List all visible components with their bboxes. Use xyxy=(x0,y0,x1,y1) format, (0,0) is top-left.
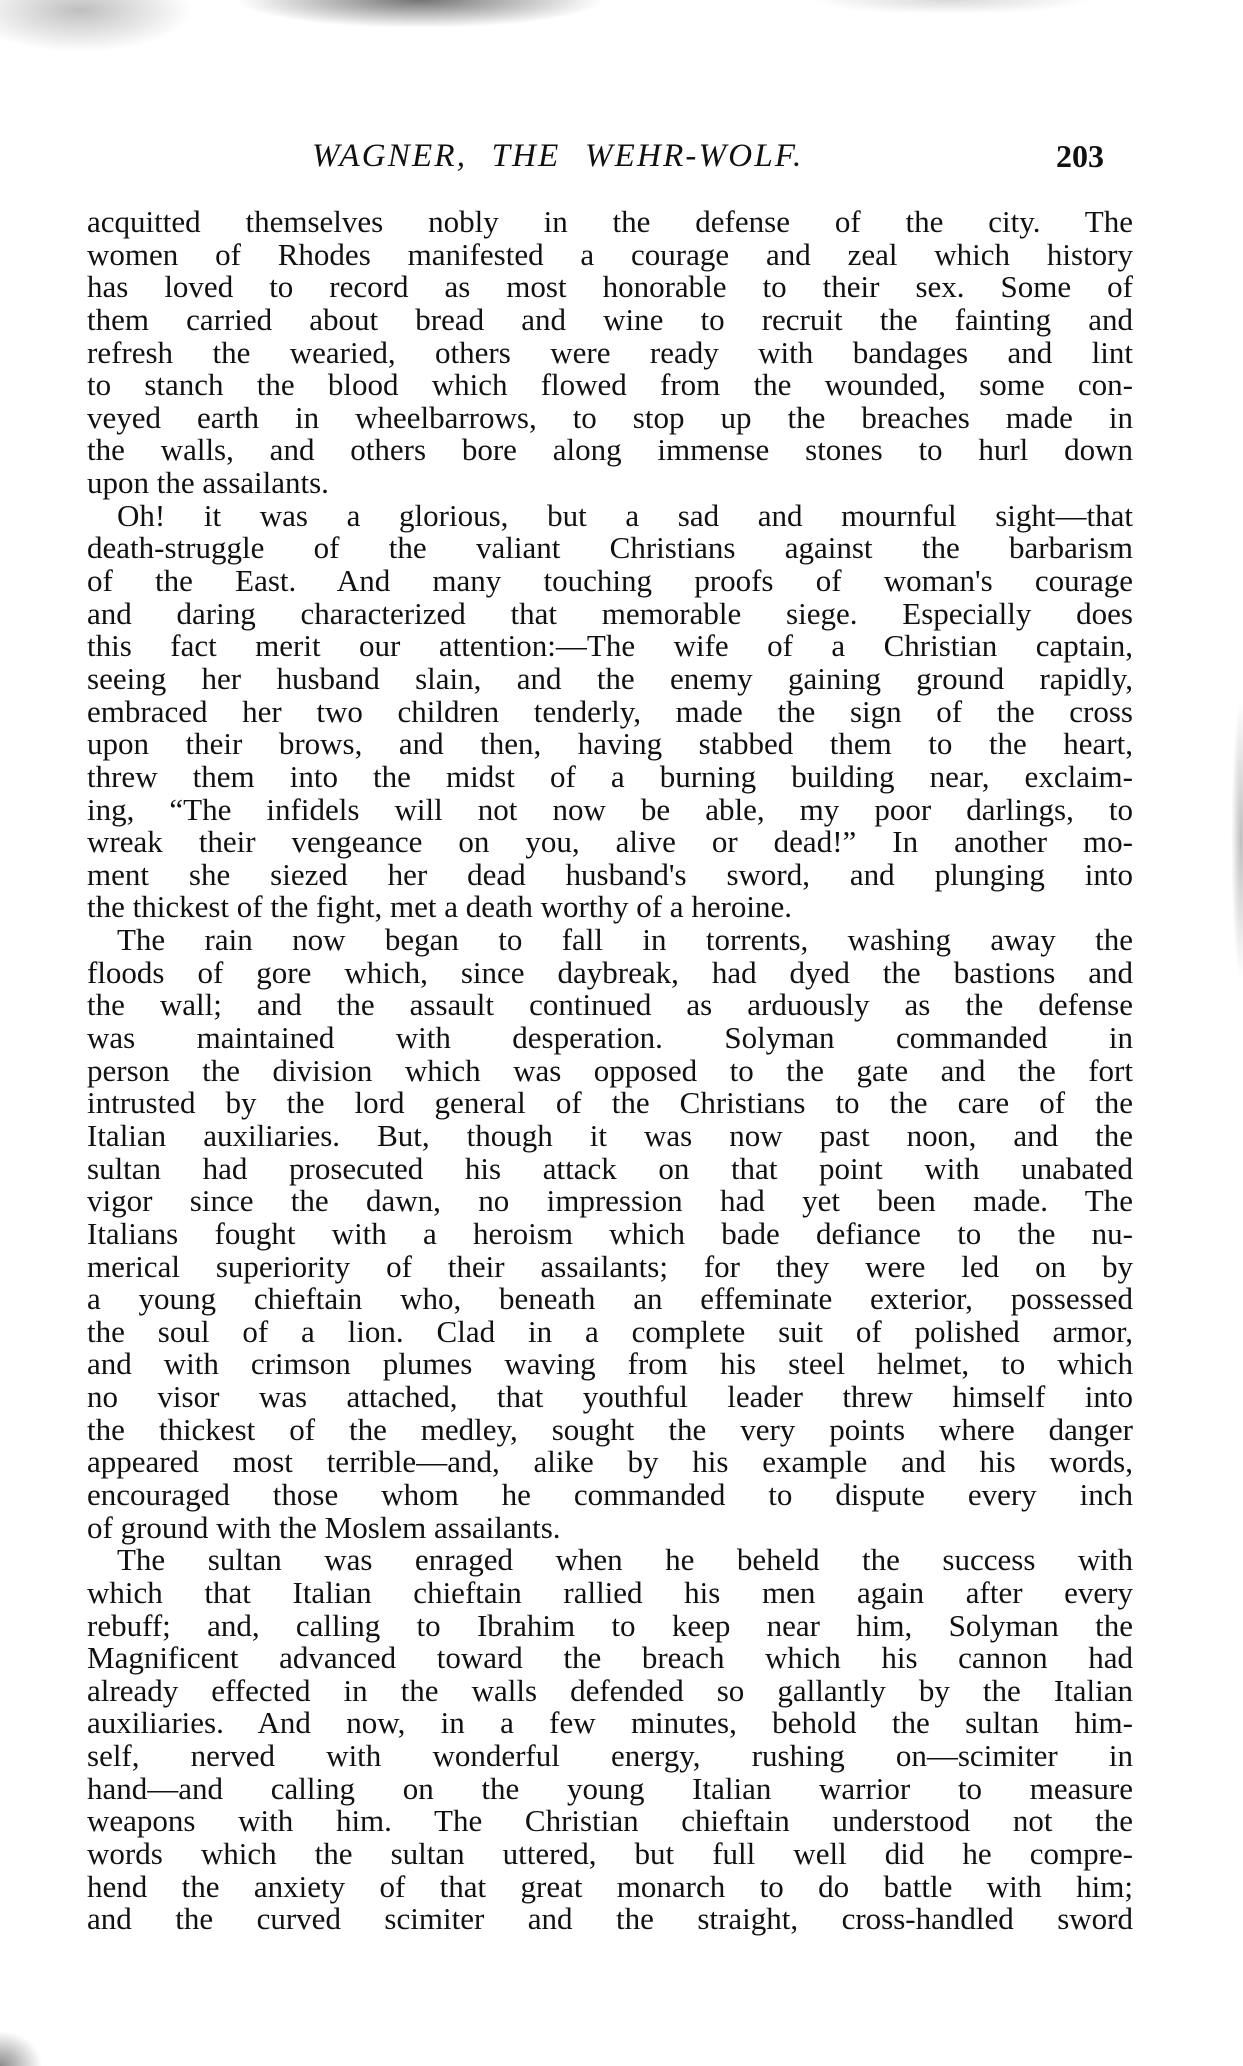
text-line: to stanch the blood which flowed from th… xyxy=(87,369,1133,402)
text-line: this fact merit our attention:—The wife … xyxy=(87,630,1133,663)
text-line: the walls, and others bore along immense… xyxy=(87,434,1133,467)
text-line: a young chieftain who, beneath an effemi… xyxy=(87,1283,1133,1316)
text-line: death-struggle of the valiant Christians… xyxy=(87,532,1133,565)
text-line: merical superiority of their assailants;… xyxy=(87,1251,1133,1284)
running-title: WAGNER, THE WEHR-WOLF. xyxy=(312,136,803,176)
text-line: which that Italian chieftain rallied his… xyxy=(87,1577,1133,1610)
text-line: hand—and calling on the young Italian wa… xyxy=(87,1773,1133,1806)
text-line: no visor was attached, that youthful lea… xyxy=(87,1381,1133,1414)
text-line: words which the sultan uttered, but full… xyxy=(87,1838,1133,1871)
page-number: 203 xyxy=(1056,136,1104,176)
text-line: weapons with him. The Christian chieftai… xyxy=(87,1805,1133,1838)
text-line: intrusted by the lord general of the Chr… xyxy=(87,1087,1133,1120)
text-line: threw them into the midst of a burning b… xyxy=(87,761,1133,794)
text-line: appeared most terrible—and, alike by his… xyxy=(87,1446,1133,1479)
text-line: has loved to record as most honorable to… xyxy=(87,271,1133,304)
text-line: veyed earth in wheelbarrows, to stop up … xyxy=(87,402,1133,435)
text-line: vigor since the dawn, no impression had … xyxy=(87,1185,1133,1218)
text-line: the thickest of the medley, sought the v… xyxy=(87,1414,1133,1447)
text-line: women of Rhodes manifested a courage and… xyxy=(87,239,1133,272)
text-line: them carried about bread and wine to rec… xyxy=(87,304,1133,337)
text-line: The sultan was enraged when he beheld th… xyxy=(87,1544,1133,1577)
text-line: embraced her two children tenderly, made… xyxy=(87,696,1133,729)
text-line: person the division which was opposed to… xyxy=(87,1055,1133,1088)
text-line: was maintained with desperation. Solyman… xyxy=(87,1022,1133,1055)
text-line: Magnificent advanced toward the breach w… xyxy=(87,1642,1133,1675)
text-line: and daring characterized that memorable … xyxy=(87,598,1133,631)
text-line: The rain now began to fall in torrents, … xyxy=(87,924,1133,957)
text-line: auxiliaries. And now, in a few minutes, … xyxy=(87,1707,1133,1740)
text-line: of ground with the Moslem assailants. xyxy=(87,1512,1133,1545)
text-line: upon their brows, and then, having stabb… xyxy=(87,728,1133,761)
text-line: upon the assailants. xyxy=(87,467,1133,500)
text-line: Oh! it was a glorious, but a sad and mou… xyxy=(87,500,1133,533)
paragraph: The sultan was enraged when he beheld th… xyxy=(87,1544,1133,1936)
text-line: the thickest of the fight, met a death w… xyxy=(87,891,1133,924)
text-line: Italian auxiliaries. But, though it was … xyxy=(87,1120,1133,1153)
text-line: seeing her husband slain, and the enemy … xyxy=(87,663,1133,696)
scan-artifact-right-edge xyxy=(1219,680,1243,1100)
text-line: ing, “The infidels will not now be able,… xyxy=(87,794,1133,827)
paragraph: acquitted themselves nobly in the defens… xyxy=(87,206,1133,500)
text-line: rebuff; and, calling to Ibrahim to keep … xyxy=(87,1610,1133,1643)
text-line: and the curved scimiter and the straight… xyxy=(87,1903,1133,1936)
text-line: encouraged those whom he commanded to di… xyxy=(87,1479,1133,1512)
text-line: and with crimson plumes waving from his … xyxy=(87,1348,1133,1381)
text-line: the wall; and the assault continued as a… xyxy=(87,989,1133,1022)
scan-artifact-bottom-left xyxy=(0,1996,90,2066)
paragraph: Oh! it was a glorious, but a sad and mou… xyxy=(87,500,1133,924)
paragraph: The rain now began to fall in torrents, … xyxy=(87,924,1133,1544)
text-line: sultan had prosecuted his attack on that… xyxy=(87,1153,1133,1186)
text-line: self, nerved with wonderful energy, rush… xyxy=(87,1740,1133,1773)
text-line: refresh the wearied, others were ready w… xyxy=(87,337,1133,370)
text-line: wreak their vengeance on you, alive or d… xyxy=(87,826,1133,859)
text-line: the soul of a lion. Clad in a complete s… xyxy=(87,1316,1133,1349)
text-line: floods of gore which, since daybreak, ha… xyxy=(87,957,1133,990)
text-line: acquitted themselves nobly in the defens… xyxy=(87,206,1133,239)
text-line: hend the anxiety of that great monarch t… xyxy=(87,1871,1133,1904)
body-text: acquitted themselves nobly in the defens… xyxy=(87,206,1133,1936)
text-line: already effected in the walls defended s… xyxy=(87,1675,1133,1708)
text-line: Italians fought with a heroism which bad… xyxy=(87,1218,1133,1251)
running-head: WAGNER, THE WEHR-WOLF. 203 xyxy=(0,136,1243,176)
scan-artifact-top xyxy=(0,0,1243,90)
text-line: of the East. And many touching proofs of… xyxy=(87,565,1133,598)
text-line: ment she siezed her dead husband's sword… xyxy=(87,859,1133,892)
